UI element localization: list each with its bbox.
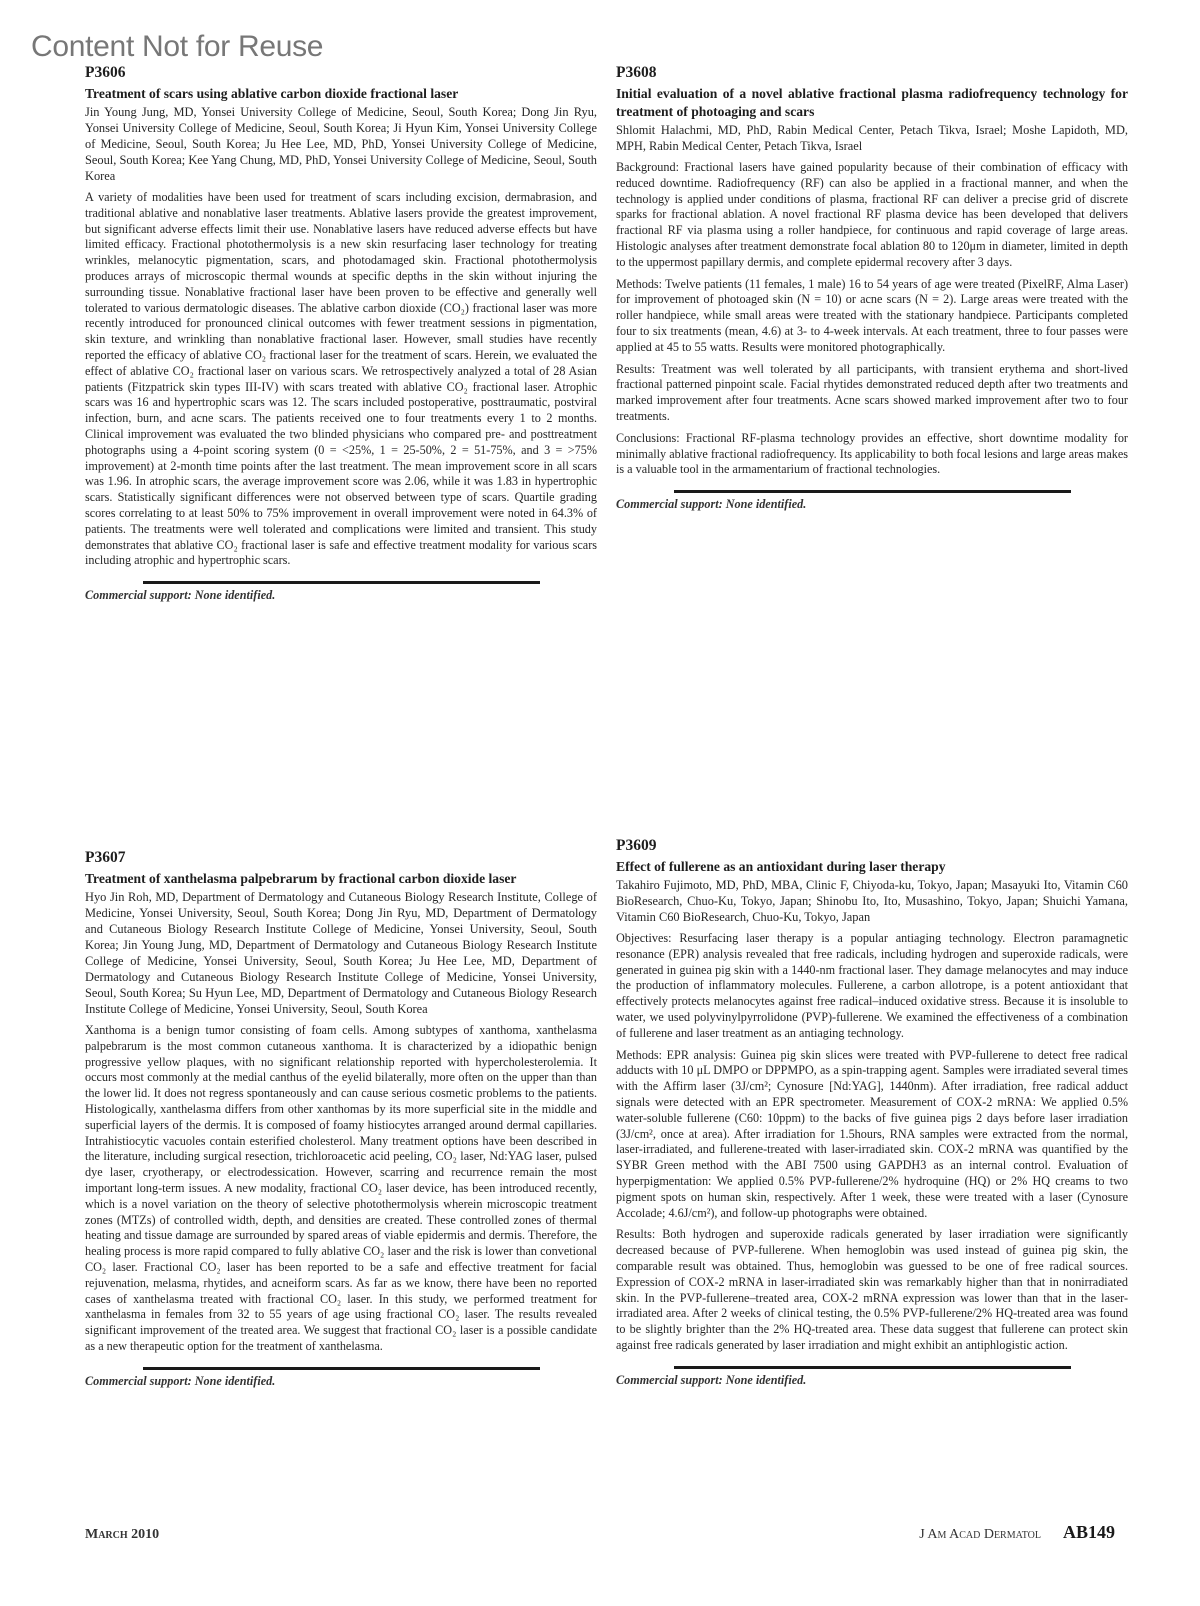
abstract-background: Background: Fractional lasers have gaine… bbox=[616, 160, 1128, 271]
abstract-p3608: P3608 Initial evaluation of a novel abla… bbox=[616, 63, 1128, 512]
commercial-support: Commercial support: None identified. bbox=[85, 588, 597, 603]
abstract-p3607: P3607 Treatment of xanthelasma palpebrar… bbox=[85, 848, 597, 1389]
abstract-authors: Jin Young Jung, MD, Yonsei University Co… bbox=[85, 104, 597, 184]
issue-date: March 2010 bbox=[85, 1527, 159, 1543]
abstract-p3606: P3606 Treatment of scars using ablative … bbox=[85, 63, 597, 603]
divider bbox=[674, 1366, 1071, 1369]
abstract-id: P3609 bbox=[616, 836, 1128, 855]
abstract-title: Treatment of scars using ablative carbon… bbox=[85, 85, 597, 103]
page-number: AB149 bbox=[1063, 1522, 1115, 1543]
commercial-support: Commercial support: None identified. bbox=[616, 497, 1128, 512]
abstract-authors: Hyo Jin Roh, MD, Department of Dermatolo… bbox=[85, 889, 597, 1017]
abstract-objectives: Objectives: Resurfacing laser therapy is… bbox=[616, 931, 1128, 1042]
divider bbox=[143, 1367, 540, 1370]
abstract-methods: Methods: EPR analysis: Guinea pig skin s… bbox=[616, 1048, 1128, 1222]
abstract-body: A variety of modalities have been used f… bbox=[85, 190, 597, 569]
abstract-id: P3606 bbox=[85, 63, 597, 82]
abstract-conclusions: Conclusions: Fractional RF-plasma techno… bbox=[616, 431, 1128, 478]
journal-name: J Am Acad Dermatol bbox=[919, 1527, 1041, 1543]
abstract-id: P3607 bbox=[85, 848, 597, 867]
divider bbox=[143, 581, 540, 584]
abstract-body: Xanthoma is a benign tumor consisting of… bbox=[85, 1023, 597, 1355]
page-footer: J Am Acad Dermatol AB149 bbox=[919, 1522, 1115, 1543]
abstract-authors: Shlomit Halachmi, MD, PhD, Rabin Medical… bbox=[616, 122, 1128, 154]
abstract-results: Results: Both hydrogen and superoxide ra… bbox=[616, 1227, 1128, 1353]
abstract-results: Results: Treatment was well tolerated by… bbox=[616, 362, 1128, 425]
commercial-support: Commercial support: None identified. bbox=[616, 1373, 1128, 1388]
watermark: Content Not for Reuse bbox=[31, 30, 323, 64]
abstract-p3609: P3609 Effect of fullerene as an antioxid… bbox=[616, 836, 1128, 1388]
divider bbox=[674, 490, 1071, 493]
commercial-support: Commercial support: None identified. bbox=[85, 1374, 597, 1389]
abstract-id: P3608 bbox=[616, 63, 1128, 82]
abstract-title: Effect of fullerene as an antioxidant du… bbox=[616, 858, 1128, 876]
abstract-title: Treatment of xanthelasma palpebrarum by … bbox=[85, 870, 597, 888]
abstract-authors: Takahiro Fujimoto, MD, PhD, MBA, Clinic … bbox=[616, 877, 1128, 925]
abstract-title: Initial evaluation of a novel ablative f… bbox=[616, 85, 1128, 121]
abstract-methods: Methods: Twelve patients (11 females, 1 … bbox=[616, 277, 1128, 356]
